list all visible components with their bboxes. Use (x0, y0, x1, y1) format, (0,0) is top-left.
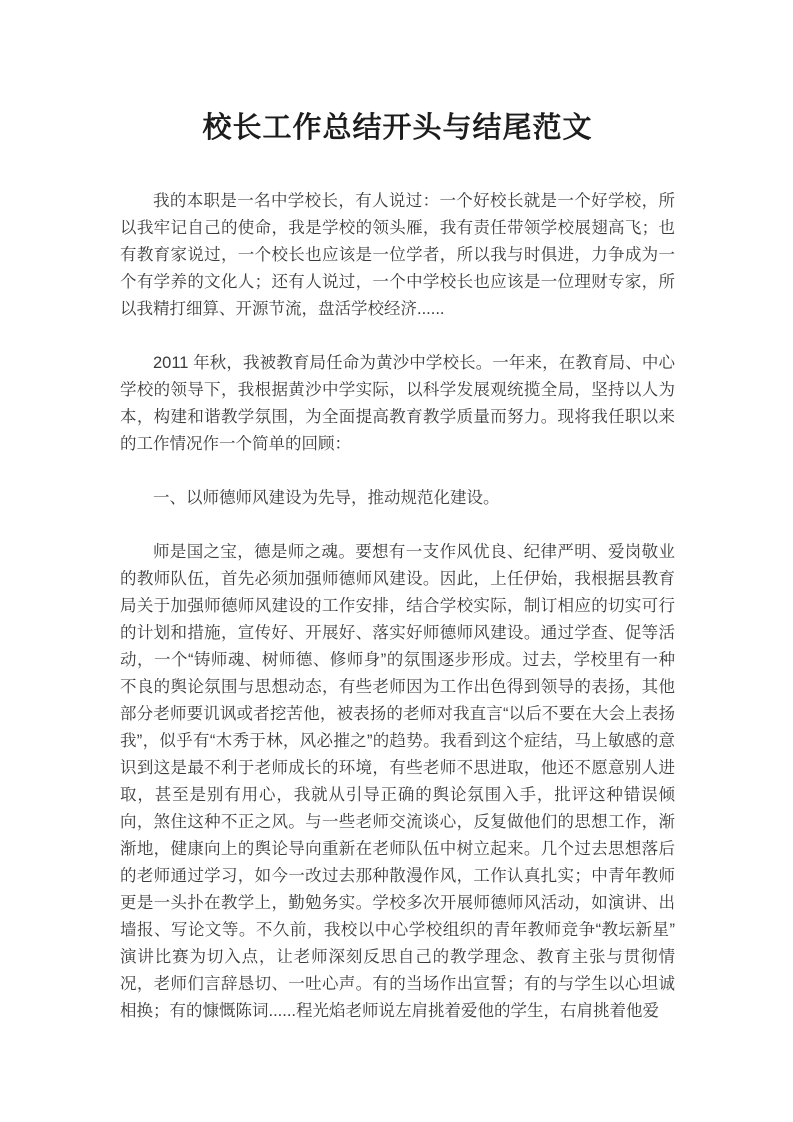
section-heading-teacher-ethics: 一、以师德师风建设为先导，推动规范化建设。 (120, 485, 675, 512)
paragraph-appointment-overview: 2011 年秋，我被教育局任命为黄沙中学校长。一年来，在教育局、中心学校的领导下… (120, 350, 675, 458)
document-title: 校长工作总结开头与结尾范文 (120, 108, 675, 148)
paragraph-intro: 我的本职是一名中学校长，有人说过：一个好校长就是一个好学校，所以我牢记自己的使命… (120, 188, 675, 323)
paragraph-teacher-ethics-detail: 师是国之宝，德是师之魂。要想有一支作风优良、纪律严明、爱岗敬业的教师队伍，首先必… (120, 539, 675, 1025)
document-page: 校长工作总结开头与结尾范文 我的本职是一名中学校长，有人说过：一个好校长就是一个… (0, 0, 793, 1122)
